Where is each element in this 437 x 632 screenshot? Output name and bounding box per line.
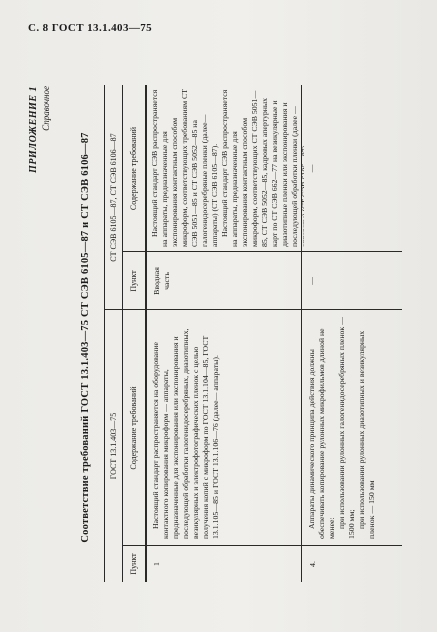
row1-gost-punkt: 1 [147, 546, 306, 582]
appendix-type: Справочное [41, 86, 51, 260]
row1-sev-punkt: Вводнаячасть [147, 253, 306, 309]
col-header-gost-content: Содержание требований [122, 310, 145, 546]
correspondence-table: ГОСТ 13.1.403—75 СТ СЭВ 6105—87, СТ СЭВ … [104, 85, 402, 582]
col-header-sev-content: Содержание требований [122, 85, 145, 252]
page-header: С. 8 ГОСТ 13.1.403—75 [28, 22, 152, 34]
row2-sev-punkt: — [303, 253, 402, 309]
sev-punkt-column-rule [122, 251, 402, 252]
appendix-block: ПРИЛОЖЕНИЕ 1 Справочное [28, 86, 51, 260]
rotated-landscape-block: ПРИЛОЖЕНИЕ 1 Справочное Соответствие тре… [28, 85, 402, 590]
group-header-gost: ГОСТ 13.1.403—75 [104, 310, 122, 582]
document-page: С. 8 ГОСТ 13.1.403—75 ПРИЛОЖЕНИЕ 1 Справ… [0, 0, 437, 632]
col-header-gost-punkt: Пункт [122, 546, 145, 582]
row1-sev-content: Настоящий стандарт СЭВ распространяется … [147, 85, 304, 251]
col-header-sev-punkt: Пункт [122, 252, 145, 310]
appendix-label: ПРИЛОЖЕНИЕ 1 [28, 86, 39, 260]
row1-gost-content: Настоящий стандарт распространяется на о… [147, 310, 305, 545]
row2-sev-content: — [303, 86, 402, 251]
group-header-sev: СТ СЭВ 6105—87, СТ СЭВ 6106—87 [104, 85, 122, 310]
row2-gost-punkt: 4. [303, 546, 402, 582]
row2-gost-content: Аппараты динамического принципа действия… [303, 310, 402, 545]
table-title: Соответствие требований ГОСТ 13.1.403—75… [80, 89, 91, 586]
